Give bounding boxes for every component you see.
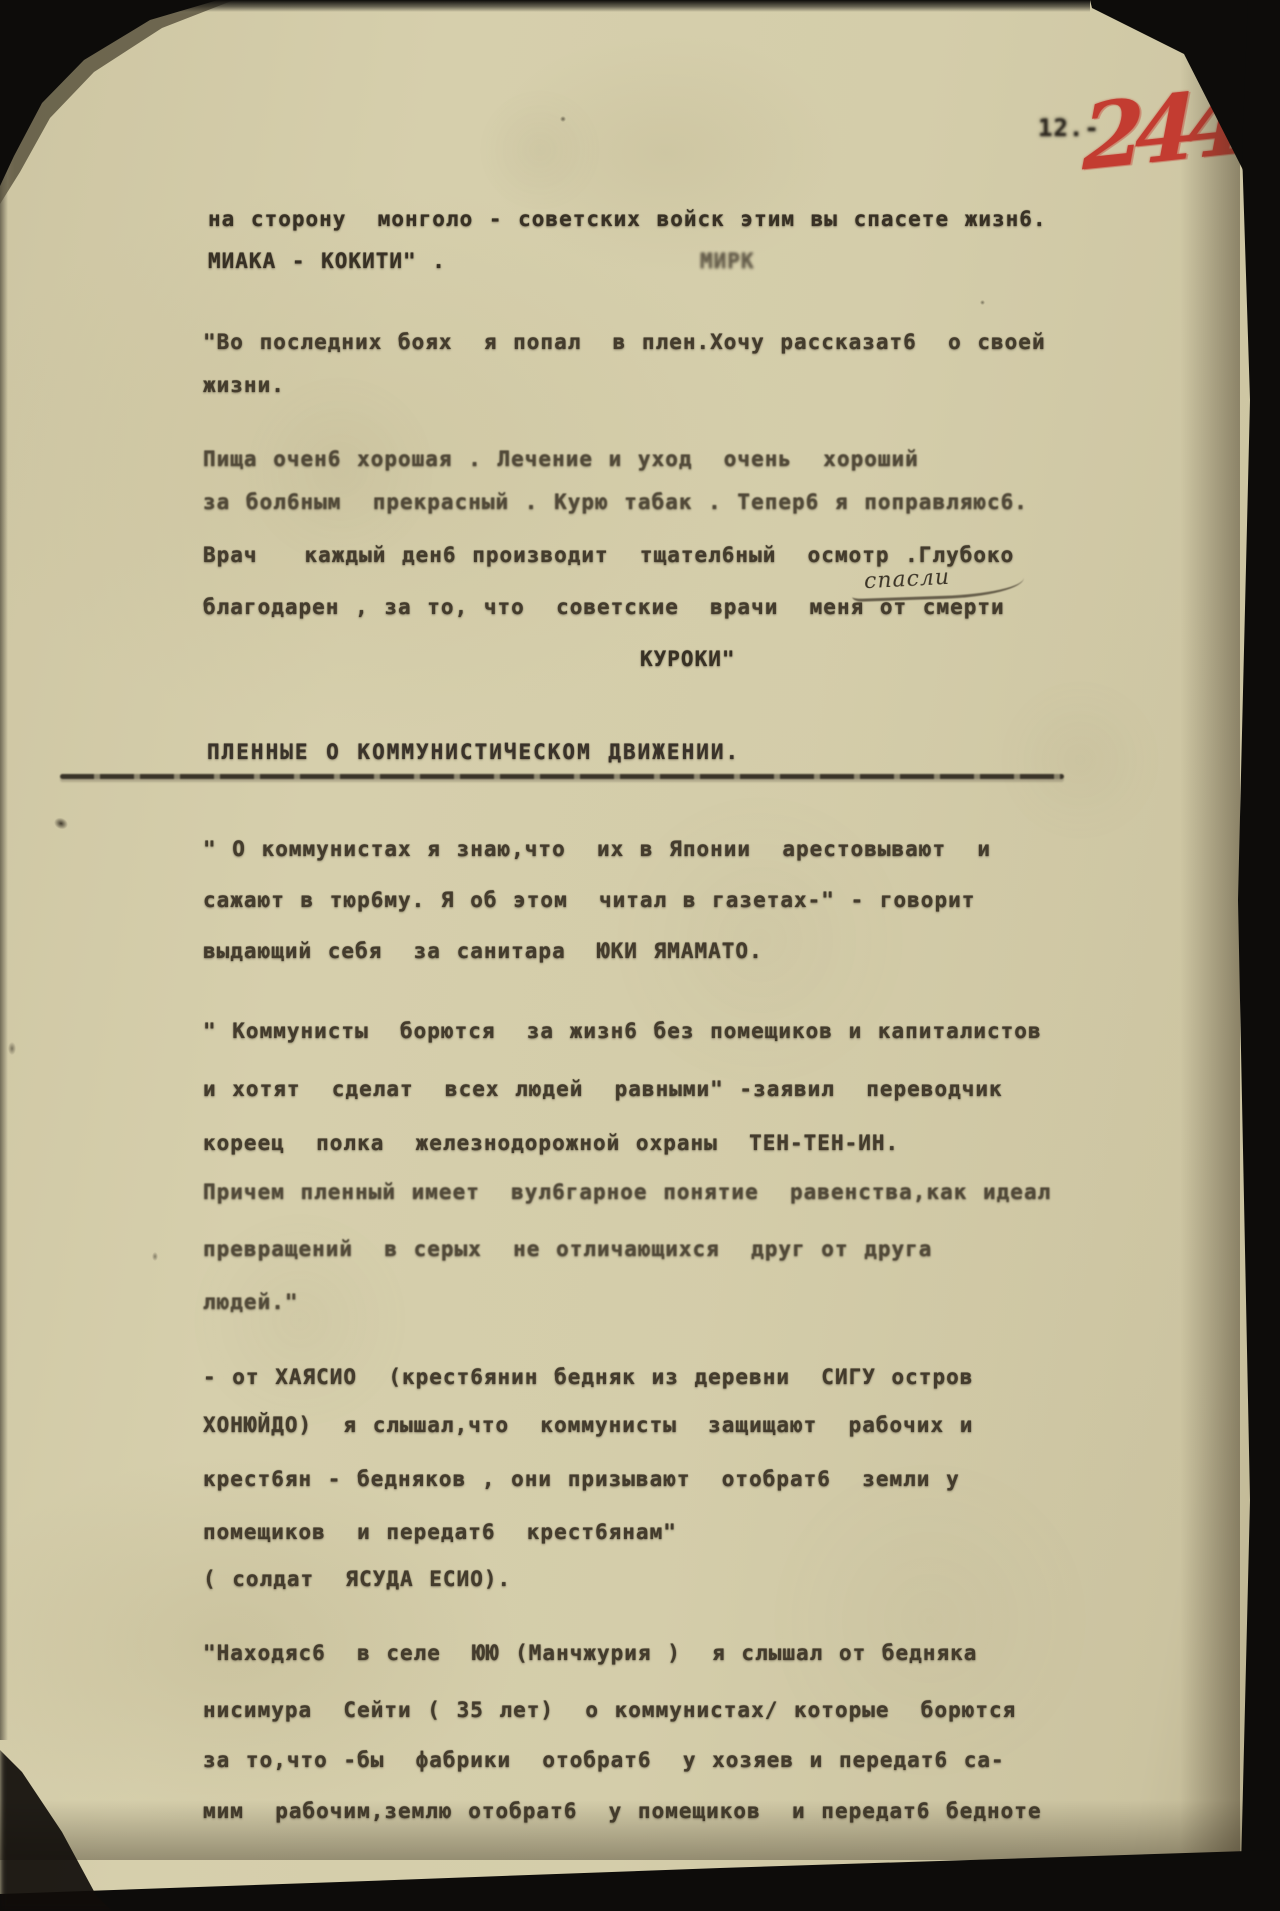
scan-edge-bottom-shade [0, 1800, 1280, 1860]
yamamato-quote-line: выдающий себя за санитара ЮКИ ЯМАМАТО. [203, 937, 763, 965]
ten-ten-in-quote-line: людей." [203, 1288, 299, 1316]
nisimura-quote-line: за то,что -бы фабрики отобрат6 у хозяев … [203, 1746, 1005, 1774]
scan-edge-right-shade [1180, 0, 1240, 1911]
bleed-through-text: МИРК [700, 247, 755, 275]
nisimura-quote-line: нисимура Сейти ( 35 лет) о коммунистах/ … [203, 1696, 1016, 1724]
ten-ten-in-quote-line: и хотят сделат всех людей равными" -заяв… [203, 1075, 1003, 1103]
kuroki-quote-line: жизни. [203, 371, 285, 399]
ten-ten-in-quote-line: " Коммунисты борются за жизн6 без помещи… [203, 1017, 1042, 1045]
ink-speck [8, 1042, 16, 1055]
yamamato-quote-line: " О коммунистах я знаю,что их в Японии а… [203, 835, 991, 863]
kuroki-quote-line: за бол6ным прекрасный . Курю табак . Теп… [203, 488, 1028, 516]
kuroki-signature: КУРОКИ" [640, 645, 736, 673]
kuroki-quote-line: Врач каждый ден6 производит тщател6ный о… [203, 541, 1014, 569]
hayasio-quote-line: ( солдат ЯСУДА ЕСИО). [203, 1565, 511, 1593]
ten-ten-in-quote-line: кореец полка железнодорожной охраны ТЕН-… [203, 1129, 899, 1157]
intro-line: МИАКА - КОКИТИ" . [208, 247, 446, 275]
scan-edge-top [180, 0, 1090, 12]
nisimura-quote-line: "Находяс6 в селе ЮЮ (Манчжурия ) я слыша… [203, 1639, 977, 1667]
yamamato-quote-line: сажают в тюр6му. Я об этом читал в газет… [203, 886, 975, 914]
ink-speck [980, 300, 985, 305]
scan-edge-left-shade [0, 140, 8, 1740]
intro-line: на сторону монголо - советских войск эти… [208, 205, 1047, 233]
scanned-document: 12.- 244 на сторону монголо - советских … [0, 0, 1280, 1911]
hayasio-quote-line: - от ХАЯСИО (крест6янин бедняк из деревн… [203, 1363, 973, 1391]
kuroki-quote-line: "Во последних боях я попал в плен.Хочу р… [203, 328, 1046, 356]
ten-ten-in-quote-line: превращений в серых не отличающихся друг… [203, 1235, 932, 1263]
ink-speck [152, 1252, 158, 1261]
section-heading: ПЛЕННЫЕ О КОММУНИСТИЧЕСКОМ ДВИЖЕНИИ. [207, 738, 740, 766]
hayasio-quote-line: ХОНЮЙДО) я слышал,что коммунисты защищаю… [203, 1411, 973, 1439]
ink-speck [560, 116, 566, 122]
hayasio-quote-line: крест6ян - бедняков , они призывают отоб… [203, 1465, 960, 1493]
ten-ten-in-quote-line: Причем пленный имеет вул6гарное понятие … [203, 1178, 1051, 1206]
hayasio-quote-line: помещиков и передат6 крест6янам" [203, 1518, 677, 1546]
kuroki-quote-line: Пища очен6 хорошая . Лечение и уход очен… [203, 445, 919, 473]
heading-underline [60, 774, 1064, 779]
